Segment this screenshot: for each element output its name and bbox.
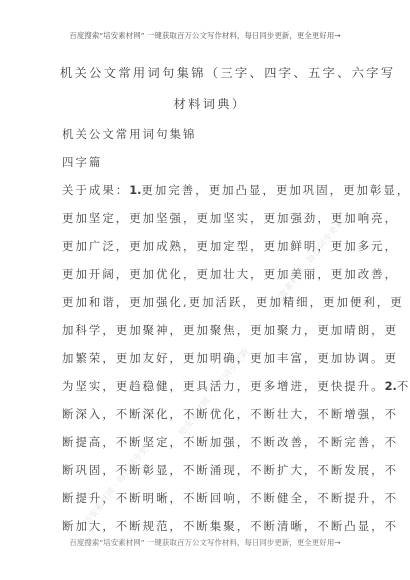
text-line: 为坚实，更趋稳健，更具活力，更多增进，更快提升。2.不	[62, 378, 410, 394]
line-prefix: 为坚实，更趋稳健，更具活力，更多增进，更快提升。	[62, 379, 385, 393]
line-text: 加繁荣，更加友好，更加明确，更加丰富，更加协调。更	[62, 351, 398, 365]
item-number: 1.	[129, 183, 141, 197]
text-line: 关于成果：1.更加完善，更加凸显，更加巩固，更加彰显，	[62, 182, 410, 198]
document-heading: 机关公文常用词句集锦	[62, 126, 196, 142]
line-text: 断加大，不断规范，不断集聚，不断清晰，不断凸显，不	[62, 519, 398, 533]
text-line: 断巩固，不断彰显，不断涌现，不断扩大，不断发展，不	[62, 462, 398, 478]
text-line: 加繁荣，更加友好，更加明确，更加丰富，更加协调。更	[62, 350, 398, 366]
section-heading: 四字篇	[62, 154, 102, 170]
text-line: 更加坚定，更加坚强，更加坚实，更加强劲，更加响亮，	[62, 210, 398, 226]
text-line: 更加广泛，更加成熟，更加定型，更加鲜明，更加多元，	[62, 238, 398, 254]
document-title-line-1: 机关公文常用词句集锦（三字、四字、五字、六字写	[60, 64, 360, 81]
item-number: 2.	[385, 379, 397, 393]
document-title-line-2: 材料词典）	[60, 95, 360, 112]
line-text: 断巩固，不断彰显，不断涌现，不断扩大，不断发展，不	[62, 463, 398, 477]
line-text: 更加广泛，更加成熟，更加定型，更加鲜明，更加多元，	[62, 239, 398, 253]
header-banner: 百度搜索“培安素材网” 一键获取百万公文写作材料，每日同步更新，更全更好用→	[0, 30, 410, 41]
line-text: 更加完善，更加凸显，更加巩固，更加彰显，	[141, 183, 410, 197]
text-line: 更加和谐，更加强化,更加活跃，更加精细，更加便利，更	[62, 294, 404, 310]
line-text: 断深入，不断深化，不断优化，不断壮大，不断增强，不	[62, 407, 398, 421]
line-text: 断提高，不断坚定，不断加强，不断改善，不断完善，不	[62, 435, 398, 449]
line-text: 断提升，不断明晰，不断回响，不断健全，不断提升，不	[62, 491, 398, 505]
text-line: 断深入，不断深化，不断优化，不断壮大，不断增强，不	[62, 406, 398, 422]
footer-banner: 百度搜索“培安素材网” 一键获取百万公文写作材料，每日同步更新，更全更好用→	[0, 537, 410, 548]
text-line: 断提升，不断明晰，不断回响，不断健全，不断提升，不	[62, 490, 398, 506]
text-line: 更加开阔，更加优化，更加壮大，更加美丽，更加改善，	[62, 266, 398, 282]
text-line: 断加大，不断规范，不断集聚，不断清晰，不断凸显，不	[62, 518, 398, 534]
line-text: 不	[397, 379, 410, 393]
line-text: 加科学，更加聚神，更加聚焦，更加聚力，更加晴朗，更	[62, 323, 398, 337]
line-text: 更加和谐，更加强化,更加活跃，更加精细，更加便利，更	[62, 295, 404, 309]
line-text: 更加坚定，更加坚强，更加坚实，更加强劲，更加响亮，	[62, 211, 398, 225]
text-line: 加科学，更加聚神，更加聚焦，更加聚力，更加晴朗，更	[62, 322, 398, 338]
line-prefix: 关于成果：	[62, 183, 129, 197]
text-line: 断提高，不断坚定，不断加强，不断改善，不断完善，不	[62, 434, 398, 450]
line-text: 更加开阔，更加优化，更加壮大，更加美丽，更加改善，	[62, 267, 398, 281]
document-page: 百度搜索“培安素材网” 一键获取百万公文写作材料，每日同步更新，更全更好用→ 机…	[0, 0, 410, 580]
